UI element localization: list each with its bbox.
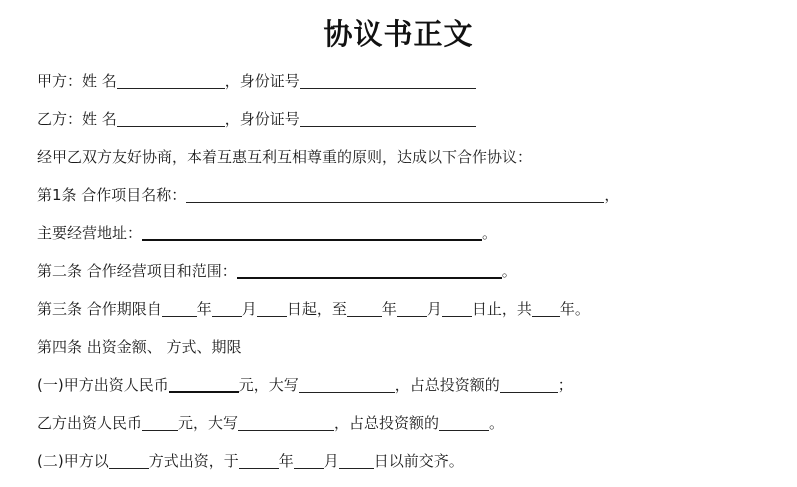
clause-text: 第1条 合作项目名称： [37, 184, 186, 206]
document-title: 协议书正文 [0, 12, 797, 53]
clause-clause-4-1-a: (一)甲方出资人民币元，大写，占总投资额的； [37, 374, 573, 396]
clause-text: 元，大写 [239, 374, 299, 396]
clause-text: 。 [482, 222, 497, 244]
fill-in-blank[interactable] [239, 450, 279, 469]
clause-address: 主要经营地址：。 [37, 222, 497, 244]
clause-article-1: 第1条 合作项目名称：， [37, 184, 619, 206]
clause-preamble: 经甲乙双方友好协商，本着互惠互利互相尊重的原则，达成以下合作协议： [37, 146, 532, 168]
fill-in-blank[interactable] [299, 374, 395, 393]
clause-text: ， [604, 184, 619, 206]
fill-in-blank[interactable] [300, 108, 476, 127]
clause-text: 日止，共 [472, 298, 532, 320]
fill-in-blank[interactable] [294, 450, 324, 469]
clause-text: 乙方：姓 名 [37, 108, 117, 130]
clause-party-b: 乙方：姓 名，身份证号 [37, 108, 476, 130]
clause-text: 第三条 合作期限自 [37, 298, 162, 320]
clause-text: 甲方：姓 名 [37, 70, 117, 92]
clause-clause-4-2: (二)甲方以方式出资，于年月日以前交齐。 [37, 450, 464, 472]
fill-in-blank[interactable] [442, 298, 472, 317]
fill-in-blank[interactable] [347, 298, 382, 317]
clause-text: 方式出资，于 [149, 450, 239, 472]
clause-text: 日起，至 [287, 298, 347, 320]
clause-text: 元，大写 [178, 412, 238, 434]
clause-text: 乙方出资人民币 [37, 412, 142, 434]
fill-in-blank[interactable] [257, 298, 287, 317]
clause-text: 日以前交齐。 [374, 450, 464, 472]
clause-text: 月 [427, 298, 442, 320]
clause-text: 第二条 合作经营项目和范围： [37, 260, 237, 282]
fill-in-blank[interactable] [169, 373, 239, 393]
fill-in-blank[interactable] [117, 70, 225, 89]
fill-in-blank[interactable] [142, 221, 482, 241]
clause-text: 经甲乙双方友好协商，本着互惠互利互相尊重的原则，达成以下合作协议： [37, 146, 532, 168]
fill-in-blank[interactable] [439, 412, 489, 431]
fill-in-blank[interactable] [532, 298, 560, 317]
clause-article-3: 第三条 合作期限自年月日起，至年月日止，共年。 [37, 298, 590, 320]
fill-in-blank[interactable] [300, 70, 476, 89]
fill-in-blank[interactable] [162, 298, 197, 317]
clause-text: 月 [242, 298, 257, 320]
fill-in-blank[interactable] [142, 412, 178, 431]
fill-in-blank[interactable] [237, 259, 502, 279]
clause-text: 第四条 出资金额、 方式、期限 [37, 336, 242, 358]
fill-in-blank[interactable] [109, 450, 149, 469]
clause-text: ，占总投资额的 [334, 412, 439, 434]
clause-text: ； [558, 374, 573, 396]
clause-text: 年。 [560, 298, 590, 320]
clause-text: 月 [324, 450, 339, 472]
clause-text: 。 [489, 412, 504, 434]
fill-in-blank[interactable] [339, 450, 374, 469]
fill-in-blank[interactable] [186, 184, 604, 203]
fill-in-blank[interactable] [117, 108, 225, 127]
clause-party-a: 甲方：姓 名，身份证号 [37, 70, 476, 92]
fill-in-blank[interactable] [500, 374, 558, 393]
clause-text: (二)甲方以 [37, 450, 109, 472]
clause-text: ，占总投资额的 [395, 374, 500, 396]
clause-article-4: 第四条 出资金额、 方式、期限 [37, 336, 242, 358]
fill-in-blank[interactable] [238, 412, 334, 431]
clause-text: 年 [382, 298, 397, 320]
clause-text: (一)甲方出资人民币 [37, 374, 169, 396]
clause-clause-4-1-b: 乙方出资人民币元，大写，占总投资额的。 [37, 412, 504, 434]
clause-text: 。 [502, 260, 517, 282]
clause-text: 年 [197, 298, 212, 320]
clause-text: 年 [279, 450, 294, 472]
clause-text: 主要经营地址： [37, 222, 142, 244]
fill-in-blank[interactable] [212, 298, 242, 317]
fill-in-blank[interactable] [397, 298, 427, 317]
clause-text: ，身份证号 [225, 108, 300, 130]
clause-text: ，身份证号 [225, 70, 300, 92]
clause-article-2: 第二条 合作经营项目和范围：。 [37, 260, 517, 282]
